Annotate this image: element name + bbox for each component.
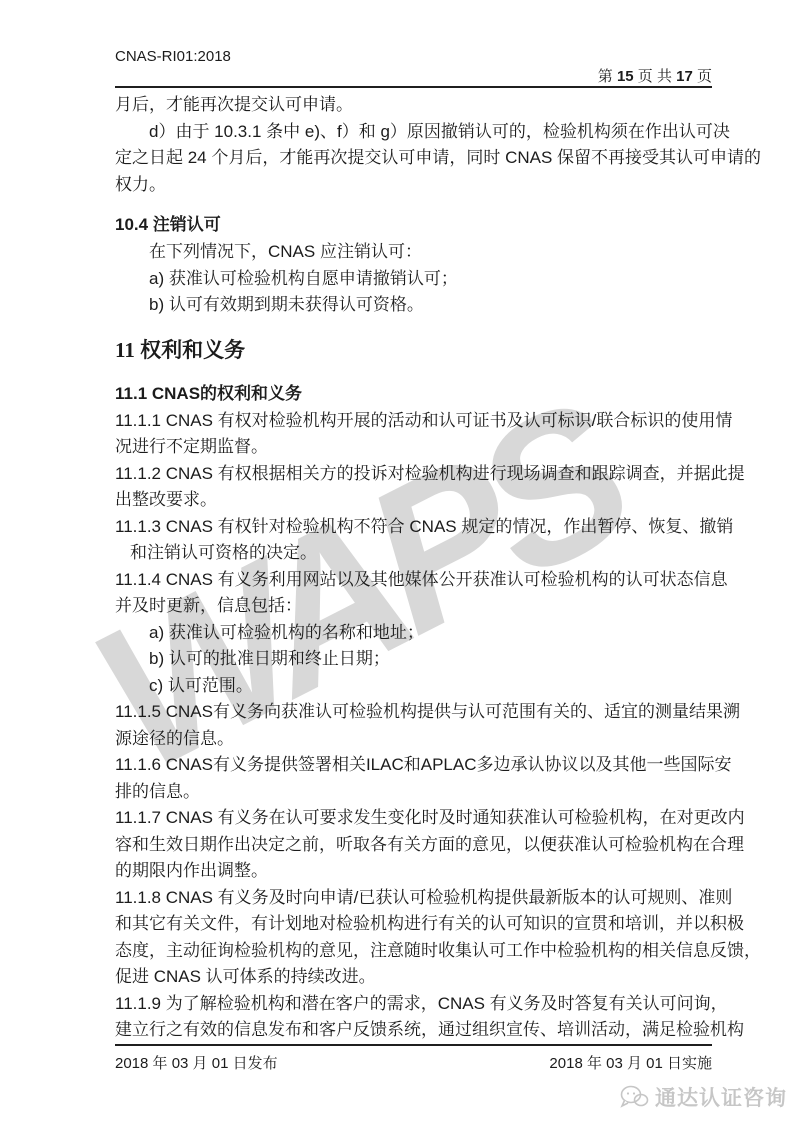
text-line: 排的信息。 <box>115 779 715 806</box>
page-current: 15 <box>617 68 634 85</box>
page-indicator-prefix: 第 <box>598 68 617 85</box>
header-rule <box>115 86 712 88</box>
document-page: WAPS CNAS-RI01:2018 第 15 页 共 17 页 月后，才能再… <box>0 0 793 1122</box>
text-line: 容和生效日期作出决定之前，听取各有关方面的意见，以便获准认可检验机构在合理 <box>115 832 715 859</box>
text-line: 11.1 CNAS的权利和义务 <box>115 379 715 408</box>
doc-code: CNAS-RI01:2018 <box>115 48 231 65</box>
text-line: 11.1.5 CNAS有义务向获准认可检验机构提供与认可范围有关的、适宜的测量结… <box>115 699 715 726</box>
text-line: 11.1.9 为了解检验机构和潜在客户的需求，CNAS 有义务及时答复有关认可问… <box>115 991 715 1018</box>
issue-date: 2018 年 03 月 01 日发布 <box>115 1052 278 1073</box>
text-line: 并及时更新，信息包括： <box>115 593 715 620</box>
implementation-date: 2018 年 03 月 01 日实施 <box>549 1052 712 1073</box>
text-line: 11.1.8 CNAS 有义务及时向申请/已获认可检验机构提供最新版本的认可规则… <box>115 885 715 912</box>
text-line: 的期限内作出调整。 <box>115 858 715 885</box>
footer-rule <box>115 1044 712 1046</box>
text-line: 权力。 <box>115 172 715 199</box>
text-line: 出整改要求。 <box>115 487 715 514</box>
brand-badge: 通达认证咨询 <box>619 1082 787 1112</box>
page-indicator-middle: 页 共 <box>634 68 677 85</box>
text-line: 10.4 注销认可 <box>115 210 715 239</box>
text-line: a) 获准认可检验机构自愿申请撤销认可； <box>115 266 715 293</box>
text-line: 11.1.4 CNAS 有义务利用网站以及其他媒体公开获准认可检验机构的认可状态… <box>115 567 715 594</box>
brand-name: 通达认证咨询 <box>655 1082 787 1112</box>
text-line: 11.1.2 CNAS 有权根据相关方的投诉对检验机构进行现场调查和跟踪调查，并… <box>115 461 715 488</box>
text-line: 11.1.6 CNAS有义务提供签署相关ILAC和APLAC多边承认协议以及其他… <box>115 752 715 779</box>
text-line: 态度，主动征询检验机构的意见，注意随时收集认可工作中检验机构的相关信息反馈， <box>115 938 715 965</box>
text-line: a) 获准认可检验机构的名称和地址； <box>115 620 715 647</box>
document-body: 月后，才能再次提交认可申请。d）由于 10.3.1 条中 e)、f）和 g）原因… <box>115 92 715 1044</box>
text-line: 11.1.1 CNAS 有权对检验机构开展的活动和认可证书及认可标识/联合标识的… <box>115 408 715 435</box>
text-line: 源途径的信息。 <box>115 726 715 753</box>
text-line: 11 权利和义务 <box>115 333 715 367</box>
text-line: 11.1.3 CNAS 有权针对检验机构不符合 CNAS 规定的情况，作出暂停、… <box>115 514 715 541</box>
text-line: c) 认可范围。 <box>115 673 715 700</box>
page-total: 17 <box>676 68 693 85</box>
text-line: d）由于 10.3.1 条中 e)、f）和 g）原因撤销认可的，检验机构须在作出… <box>115 119 715 146</box>
wechat-icon <box>619 1084 649 1110</box>
text-line: 11.1.7 CNAS 有义务在认可要求发生变化时及时通知获准认可检验机构，在对… <box>115 805 715 832</box>
page-header: CNAS-RI01:2018 第 15 页 共 17 页 <box>115 48 712 103</box>
page-indicator: 第 15 页 共 17 页 <box>573 48 712 103</box>
text-line: 定之日起 24 个月后，才能再次提交认可申请，同时 CNAS 保留不再接受其认可… <box>115 145 715 172</box>
text-line: 建立行之有效的信息发布和客户反馈系统，通过组织宣传、培训活动，满足检验机构 <box>115 1017 715 1044</box>
text-line: b) 认可的批准日期和终止日期； <box>115 646 715 673</box>
text-line: 况进行不定期监督。 <box>115 434 715 461</box>
text-line: 和其它有关文件，有计划地对检验机构进行有关的认可知识的宣贯和培训，并以积极 <box>115 911 715 938</box>
text-line: 在下列情况下，CNAS 应注销认可： <box>115 239 715 266</box>
page-footer: 2018 年 03 月 01 日发布 2018 年 03 月 01 日实施 <box>115 1052 712 1073</box>
text-line: 促进 CNAS 认可体系的持续改进。 <box>115 964 715 991</box>
text-line: 和注销认可资格的决定。 <box>115 540 715 567</box>
text-line: b) 认可有效期到期未获得认可资格。 <box>115 292 715 319</box>
page-indicator-suffix: 页 <box>693 68 712 85</box>
